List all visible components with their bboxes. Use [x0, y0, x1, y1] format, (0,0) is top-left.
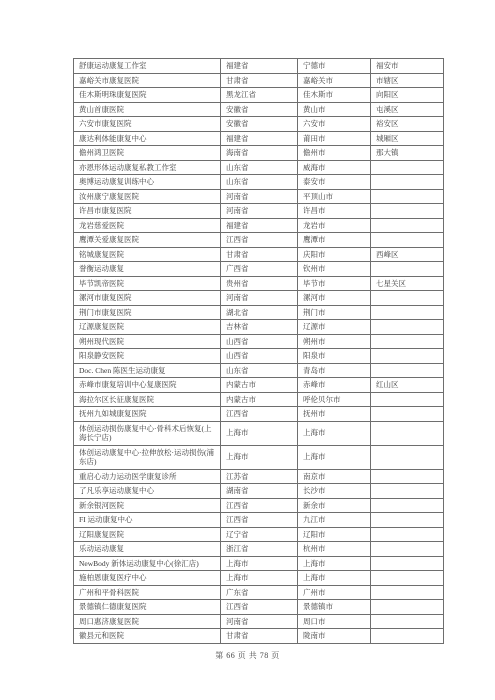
cell-province: 福建省: [221, 59, 298, 74]
cell-district: [371, 585, 444, 600]
table-row: 嘉峪关市康复医院甘肃省嘉峪关市市辖区: [74, 73, 444, 88]
cell-name: 嘉峪关市康复医院: [74, 73, 221, 88]
cell-city: 庆阳市: [298, 247, 371, 262]
cell-province: 湖北省: [221, 305, 298, 320]
cell-province: 河南省: [221, 614, 298, 629]
cell-district: [371, 320, 444, 335]
cell-district: [371, 305, 444, 320]
cell-province: 江西省: [221, 407, 298, 422]
cell-name: 佳木斯明珠康复医院: [74, 88, 221, 103]
cell-city: 南京市: [298, 469, 371, 484]
cell-name: 辽源康复医院: [74, 320, 221, 335]
cell-city: 莆田市: [298, 131, 371, 146]
cell-district: [371, 349, 444, 364]
table-row: 鹰潭关爱康复医院江西省鹰潭市: [74, 233, 444, 248]
table-row: 辽源康复医院吉林省辽源市: [74, 320, 444, 335]
cell-name: FI 运动康复中心: [74, 513, 221, 528]
cell-province: 海南省: [221, 146, 298, 161]
table-row: 赤峰市康复培训中心复康医院内蒙古市赤峰市红山区: [74, 378, 444, 393]
cell-district: [371, 218, 444, 233]
cell-city: 泰安市: [298, 175, 371, 190]
table-row: 奥博运动康复训练中心山东省泰安市: [74, 175, 444, 190]
cell-province: 山东省: [221, 160, 298, 175]
cell-city: 抚州市: [298, 407, 371, 422]
cell-name: 辽阳康复医院: [74, 527, 221, 542]
table-row: 誉衡运动康复广西省钦州市: [74, 262, 444, 277]
cell-name: 康达利体能康复中心: [74, 131, 221, 146]
cell-district: [371, 291, 444, 306]
cell-city: 周口市: [298, 614, 371, 629]
cell-district: [371, 160, 444, 175]
cell-province: 贵州省: [221, 276, 298, 291]
table-row: 重启心动力运动医学康复诊所江苏省南京市: [74, 469, 444, 484]
cell-province: 甘肃省: [221, 629, 298, 644]
table-row: 了凡乐享运动康复中心湖南省长沙市: [74, 484, 444, 499]
cell-district: [371, 556, 444, 571]
table-row: 体创运动损伤康复中心·骨科术后恢复(上海长宁店)上海市上海市: [74, 421, 444, 445]
cell-city: 平顶山市: [298, 189, 371, 204]
cell-name: 许昌市康复医院: [74, 204, 221, 219]
cell-district: [371, 445, 444, 469]
table-row: 铭城康复医院甘肃省庆阳市西峰区: [74, 247, 444, 262]
cell-district: 西峰区: [371, 247, 444, 262]
cell-province: 江西省: [221, 600, 298, 615]
cell-name: 誉衡运动康复: [74, 262, 221, 277]
cell-name: 漯河市康复医院: [74, 291, 221, 306]
cell-district: [371, 363, 444, 378]
cell-district: [371, 469, 444, 484]
cell-province: 内蒙古市: [221, 392, 298, 407]
cell-district: 裕安区: [371, 117, 444, 132]
cell-district: [371, 189, 444, 204]
cell-province: 江西省: [221, 513, 298, 528]
cell-city: 辽源市: [298, 320, 371, 335]
cell-district: 城厢区: [371, 131, 444, 146]
cell-name: 新余银河医院: [74, 498, 221, 513]
cell-city: 威海市: [298, 160, 371, 175]
cell-district: [371, 262, 444, 277]
cell-name: 鹰潭关爱康复医院: [74, 233, 221, 248]
table-row: 阳泉静安医院山西省阳泉市: [74, 349, 444, 364]
cell-province: 河南省: [221, 291, 298, 306]
cell-name: 赤峰市康复培训中心复康医院: [74, 378, 221, 393]
cell-city: 杭州市: [298, 542, 371, 557]
table-row: 六安市康复医院安徽省六安市裕安区: [74, 117, 444, 132]
cell-district: 红山区: [371, 378, 444, 393]
cell-province: 浙江省: [221, 542, 298, 557]
cell-province: 安徽省: [221, 117, 298, 132]
cell-province: 上海市: [221, 556, 298, 571]
cell-district: [371, 233, 444, 248]
cell-city: 赤峰市: [298, 378, 371, 393]
table-row: 亦恩形体运动康复私教工作室山东省威海市: [74, 160, 444, 175]
cell-name: 阳泉静安医院: [74, 349, 221, 364]
cell-province: 河南省: [221, 204, 298, 219]
roster-table-body: 舒康运动康复工作室福建省宁德市福安市嘉峪关市康复医院甘肃省嘉峪关市市辖区佳木斯明…: [74, 59, 444, 644]
cell-district: [371, 175, 444, 190]
cell-district: [371, 484, 444, 499]
cell-city: 上海市: [298, 421, 371, 445]
cell-province: 江西省: [221, 498, 298, 513]
cell-name: 周口惠济康复医院: [74, 614, 221, 629]
cell-city: 长沙市: [298, 484, 371, 499]
cell-city: 上海市: [298, 571, 371, 586]
cell-province: 辽宁省: [221, 527, 298, 542]
cell-name: 海拉尔区长征康复医院: [74, 392, 221, 407]
cell-province: 福建省: [221, 131, 298, 146]
cell-district: 那大镇: [371, 146, 444, 161]
table-row: 儋州鸿卫医院海南省儋州市那大镇: [74, 146, 444, 161]
cell-name: Doc. Chen 陈医生运动康复: [74, 363, 221, 378]
cell-district: [371, 542, 444, 557]
cell-district: 向阳区: [371, 88, 444, 103]
cell-province: 上海市: [221, 445, 298, 469]
table-row: 许昌市康复医院河南省许昌市: [74, 204, 444, 219]
cell-name: 乐动运动康复: [74, 542, 221, 557]
page-footer: 第 66 页 共 78 页: [0, 650, 495, 661]
cell-district: 七星关区: [371, 276, 444, 291]
table-row: 广州和平骨科医院广东省广州市: [74, 585, 444, 600]
cell-district: [371, 600, 444, 615]
cell-name: 六安市康复医院: [74, 117, 221, 132]
cell-province: 山东省: [221, 363, 298, 378]
cell-province: 上海市: [221, 571, 298, 586]
cell-name: 体创运动康复中心·拉伸放松·运动损伤(浦东店): [74, 445, 221, 469]
roster-table: 舒康运动康复工作室福建省宁德市福安市嘉峪关市康复医院甘肃省嘉峪关市市辖区佳木斯明…: [73, 58, 444, 644]
table-row: 徽县元和医院甘肃省陇南市: [74, 629, 444, 644]
cell-province: 江西省: [221, 233, 298, 248]
table-row: FI 运动康复中心江西省九江市: [74, 513, 444, 528]
cell-province: 福建省: [221, 218, 298, 233]
cell-province: 甘肃省: [221, 73, 298, 88]
cell-name: 景德镇仁德康复医院: [74, 600, 221, 615]
cell-name: 汝州康宁康复医院: [74, 189, 221, 204]
cell-name: 朔州现代医院: [74, 334, 221, 349]
cell-city: 六安市: [298, 117, 371, 132]
cell-province: 吉林省: [221, 320, 298, 335]
cell-name: 重启心动力运动医学康复诊所: [74, 469, 221, 484]
cell-name: 体创运动损伤康复中心·骨科术后恢复(上海长宁店): [74, 421, 221, 445]
cell-name: NewBody 新体运动康复中心(徐汇店): [74, 556, 221, 571]
table-row: 体创运动康复中心·拉伸放松·运动损伤(浦东店)上海市上海市: [74, 445, 444, 469]
cell-province: 黑龙江省: [221, 88, 298, 103]
cell-name: 奥博运动康复训练中心: [74, 175, 221, 190]
cell-province: 山西省: [221, 349, 298, 364]
cell-city: 漯河市: [298, 291, 371, 306]
table-row: 朔州现代医院山西省朔州市: [74, 334, 444, 349]
cell-province: 安徽省: [221, 102, 298, 117]
cell-city: 呼伦贝尔市: [298, 392, 371, 407]
table-row: 康达利体能康复中心福建省莆田市城厢区: [74, 131, 444, 146]
cell-district: [371, 629, 444, 644]
cell-province: 广西省: [221, 262, 298, 277]
cell-city: 上海市: [298, 445, 371, 469]
cell-district: [371, 204, 444, 219]
cell-city: 佳木斯市: [298, 88, 371, 103]
cell-city: 许昌市: [298, 204, 371, 219]
cell-province: 广东省: [221, 585, 298, 600]
cell-district: [371, 421, 444, 445]
cell-district: 市辖区: [371, 73, 444, 88]
cell-name: 儋州鸿卫医院: [74, 146, 221, 161]
cell-name: 舒康运动康复工作室: [74, 59, 221, 74]
table-row: 汝州康宁康复医院河南省平顶山市: [74, 189, 444, 204]
table-row: 海拉尔区长征康复医院内蒙古市呼伦贝尔市: [74, 392, 444, 407]
table-row: Doc. Chen 陈医生运动康复山东省青岛市: [74, 363, 444, 378]
cell-city: 广州市: [298, 585, 371, 600]
cell-city: 朔州市: [298, 334, 371, 349]
table-row: 新余银河医院江西省新余市: [74, 498, 444, 513]
cell-city: 宁德市: [298, 59, 371, 74]
table-row: NewBody 新体运动康复中心(徐汇店)上海市上海市: [74, 556, 444, 571]
cell-district: [371, 498, 444, 513]
table-row: 毕节凯帝医院贵州省毕节市七星关区: [74, 276, 444, 291]
table-row: 辽阳康复医院辽宁省辽阳市: [74, 527, 444, 542]
table-row: 黄山首康医院安徽省黄山市屯溪区: [74, 102, 444, 117]
cell-city: 阳泉市: [298, 349, 371, 364]
cell-name: 黄山首康医院: [74, 102, 221, 117]
table-row: 漯河市康复医院河南省漯河市: [74, 291, 444, 306]
cell-city: 毕节市: [298, 276, 371, 291]
table-row: 周口惠济康复医院河南省周口市: [74, 614, 444, 629]
cell-district: 福安市: [371, 59, 444, 74]
table-row: 乐动运动康复浙江省杭州市: [74, 542, 444, 557]
cell-city: 龙岩市: [298, 218, 371, 233]
cell-district: [371, 407, 444, 422]
table-row: 景德镇仁德康复医院江西省景德镇市: [74, 600, 444, 615]
cell-name: 广州和平骨科医院: [74, 585, 221, 600]
cell-city: 景德镇市: [298, 600, 371, 615]
cell-province: 河南省: [221, 189, 298, 204]
cell-city: 鹰潭市: [298, 233, 371, 248]
cell-province: 湖南省: [221, 484, 298, 499]
cell-province: 内蒙古市: [221, 378, 298, 393]
cell-city: 青岛市: [298, 363, 371, 378]
cell-name: 亦恩形体运动康复私教工作室: [74, 160, 221, 175]
cell-district: [371, 527, 444, 542]
cell-city: 嘉峪关市: [298, 73, 371, 88]
cell-district: [371, 334, 444, 349]
cell-name: 抚州九如城康复医院: [74, 407, 221, 422]
table-row: 荆门市康复医院湖北省荆门市: [74, 305, 444, 320]
cell-city: 钦州市: [298, 262, 371, 277]
cell-city: 新余市: [298, 498, 371, 513]
cell-district: [371, 571, 444, 586]
cell-name: 荆门市康复医院: [74, 305, 221, 320]
table-row: 抚州九如城康复医院江西省抚州市: [74, 407, 444, 422]
cell-city: 黄山市: [298, 102, 371, 117]
cell-province: 上海市: [221, 421, 298, 445]
cell-name: 龙岩慈爱医院: [74, 218, 221, 233]
table-row: 舒康运动康复工作室福建省宁德市福安市: [74, 59, 444, 74]
cell-district: [371, 614, 444, 629]
cell-city: 上海市: [298, 556, 371, 571]
cell-name: 施柏恩康复医疗中心: [74, 571, 221, 586]
cell-province: 山西省: [221, 334, 298, 349]
cell-name: 铭城康复医院: [74, 247, 221, 262]
cell-district: 屯溪区: [371, 102, 444, 117]
cell-name: 毕节凯帝医院: [74, 276, 221, 291]
cell-city: 儋州市: [298, 146, 371, 161]
cell-city: 陇南市: [298, 629, 371, 644]
cell-city: 九江市: [298, 513, 371, 528]
cell-district: [371, 392, 444, 407]
table-row: 佳木斯明珠康复医院黑龙江省佳木斯市向阳区: [74, 88, 444, 103]
cell-city: 辽阳市: [298, 527, 371, 542]
cell-city: 荆门市: [298, 305, 371, 320]
table-row: 龙岩慈爱医院福建省龙岩市: [74, 218, 444, 233]
cell-name: 徽县元和医院: [74, 629, 221, 644]
table-row: 施柏恩康复医疗中心上海市上海市: [74, 571, 444, 586]
document-page: 舒康运动康复工作室福建省宁德市福安市嘉峪关市康复医院甘肃省嘉峪关市市辖区佳木斯明…: [0, 0, 495, 700]
cell-district: [371, 513, 444, 528]
cell-name: 了凡乐享运动康复中心: [74, 484, 221, 499]
cell-province: 甘肃省: [221, 247, 298, 262]
cell-province: 山东省: [221, 175, 298, 190]
cell-province: 江苏省: [221, 469, 298, 484]
